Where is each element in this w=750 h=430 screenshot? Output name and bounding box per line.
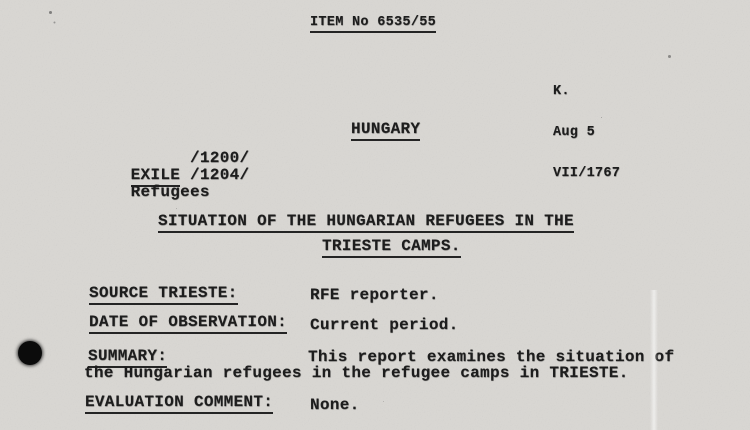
- scan-speck-artifacts: [49, 11, 52, 14]
- scanned-document-page: ITEM No 6535/55 K. Aug 5 VII/1767 HUNGAR…: [0, 0, 750, 430]
- corner-annotation-initial: K.: [553, 85, 620, 99]
- document-title-line1: SITUATION OF THE HUNGARIAN REFUGEES IN T…: [158, 213, 574, 233]
- corner-annotation: K. Aug 5 VII/1767: [553, 58, 620, 208]
- evaluation-comment-label: EVALUATION COMMENT:: [85, 394, 273, 414]
- classification-code-refugees: /1204/: [190, 167, 249, 184]
- classification-label-refugees: Refugees: [131, 183, 210, 201]
- evaluation-comment-value: None.: [310, 397, 360, 414]
- country-heading: HUNGARY: [351, 121, 420, 141]
- classification-code-exile: /1200/: [190, 150, 249, 167]
- item-number-heading: ITEM No 6535/55: [310, 16, 436, 33]
- source-field-value: RFE reporter.: [310, 287, 439, 304]
- paper-crease-line: [650, 290, 658, 430]
- corner-annotation-date: Aug 5: [553, 126, 620, 140]
- date-of-observation-label: DATE OF OBSERVATION:: [89, 314, 287, 334]
- source-field-label: SOURCE TRIESTE:: [89, 285, 238, 305]
- date-of-observation-value: Current period.: [310, 317, 459, 334]
- corner-annotation-reference: VII/1767: [553, 167, 620, 181]
- summary-text-line2: the Hungarian refugees in the refugee ca…: [84, 365, 629, 382]
- document-title-line2: TRIESTE CAMPS.: [322, 238, 461, 258]
- hole-punch-mark: [18, 341, 42, 365]
